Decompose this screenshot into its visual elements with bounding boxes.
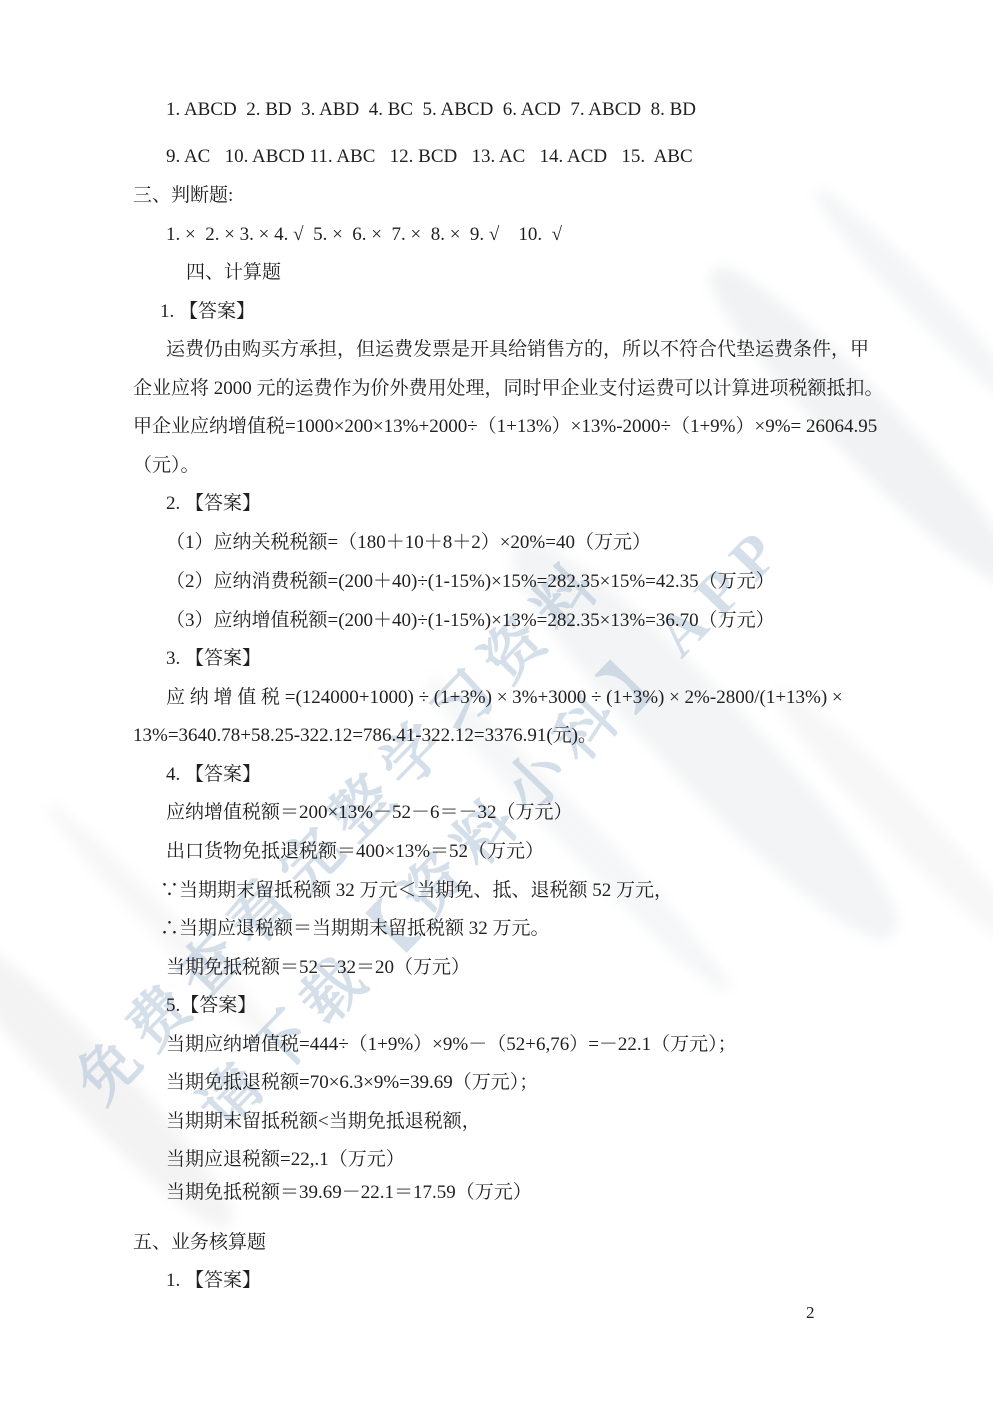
calc-answer-1-line-4: （元）。	[133, 453, 200, 478]
calc-answer-3-line-1: 应 纳 增 值 税 =(124000+1000) ÷ (1+3%) × 3%+3…	[166, 685, 843, 710]
calculation-section-heading: 四、计算题	[186, 260, 281, 285]
calc-answer-5-heading: 5.【答案】	[166, 993, 256, 1018]
calc-answer-4-line-2: 出口货物免抵退税额＝400×13%＝52（万元）	[166, 839, 544, 864]
calc-answer-5-line-1: 当期应纳增值税=444÷（1+9%）×9%－（52+6,76）=－22.1（万元…	[166, 1032, 737, 1057]
calc-answer-2-item-3: （3）应纳增值税额=(200＋40)÷(1-15%)×13%=282.35×13…	[166, 608, 775, 633]
calc-answer-4-line-5: 当期免抵税额＝52－32＝20（万元）	[166, 955, 470, 980]
calc-answer-1-line-1: 运费仍由购买方承担，但运费发票是开具给销售方的，所以不符合代垫运费条件，甲	[166, 337, 869, 362]
calc-answer-5-line-2: 当期免抵退税额=70×6.3×9%=39.69（万元）；	[166, 1070, 538, 1095]
business-answer-1-heading: 1. 【答案】	[166, 1268, 261, 1293]
calc-answer-2-item-2: （2）应纳消费税额=(200＋40)÷(1-15%)×15%=282.35×15…	[166, 569, 775, 594]
judgment-section-heading: 三、判断题:	[133, 183, 233, 208]
calc-answer-5-line-4: 当期应退税额=22,.1（万元）	[166, 1147, 405, 1172]
calc-answer-1-heading: 1. 【答案】	[160, 299, 255, 324]
calc-answer-2-item-1: （1）应纳关税税额=（180＋10＋8＋2）×20%=40（万元）	[166, 530, 651, 555]
calc-answer-4-heading: 4. 【答案】	[166, 762, 261, 787]
calc-answer-4-line-4: ∴当期应退税额＝当期期末留抵税额 32 万元。	[160, 916, 550, 941]
page-number: 2	[806, 1303, 815, 1323]
calc-answer-3-heading: 3. 【答案】	[166, 646, 261, 671]
business-section-heading: 五、业务核算题	[133, 1230, 266, 1255]
document-page: 免费查看完整学习资料 请下载【资料小科】APP 1. ABCD 2. BD 3.…	[0, 0, 993, 1403]
judgment-answers-row: 1. × 2. × 3. × 4. √ 5. × 6. × 7. × 8. × …	[166, 222, 562, 247]
calc-answer-2-heading: 2. 【答案】	[166, 491, 261, 516]
mc-answers-row-1: 1. ABCD 2. BD 3. ABD 4. BC 5. ABCD 6. AC…	[166, 97, 696, 122]
mc-answers-row-2: 9. AC 10. ABCD 11. ABC 12. BCD 13. AC 14…	[166, 144, 693, 169]
calc-answer-3-line-2: 13%=3640.78+58.25-322.12=786.41-322.12=3…	[133, 723, 597, 748]
calc-answer-4-line-3: ∵当期期末留抵税额 32 万元＜当期免、抵、退税额 52 万元，	[160, 878, 673, 903]
calc-answer-5-line-5: 当期免抵税额＝39.69－22.1＝17.59（万元）	[166, 1180, 532, 1205]
calc-answer-1-line-2: 企业应将 2000 元的运费作为价外费用处理，同时甲企业支付运费可以计算进项税额…	[133, 376, 884, 401]
calc-answer-5-line-3: 当期期末留抵税额<当期免抵退税额，	[166, 1109, 481, 1134]
calc-answer-1-line-3: 甲企业应纳增值税=1000×200×13%+2000÷（1+13%）×13%-2…	[133, 414, 877, 439]
calc-answer-4-line-1: 应纳增值税额＝200×13%－52－6＝－32（万元）	[166, 800, 573, 825]
